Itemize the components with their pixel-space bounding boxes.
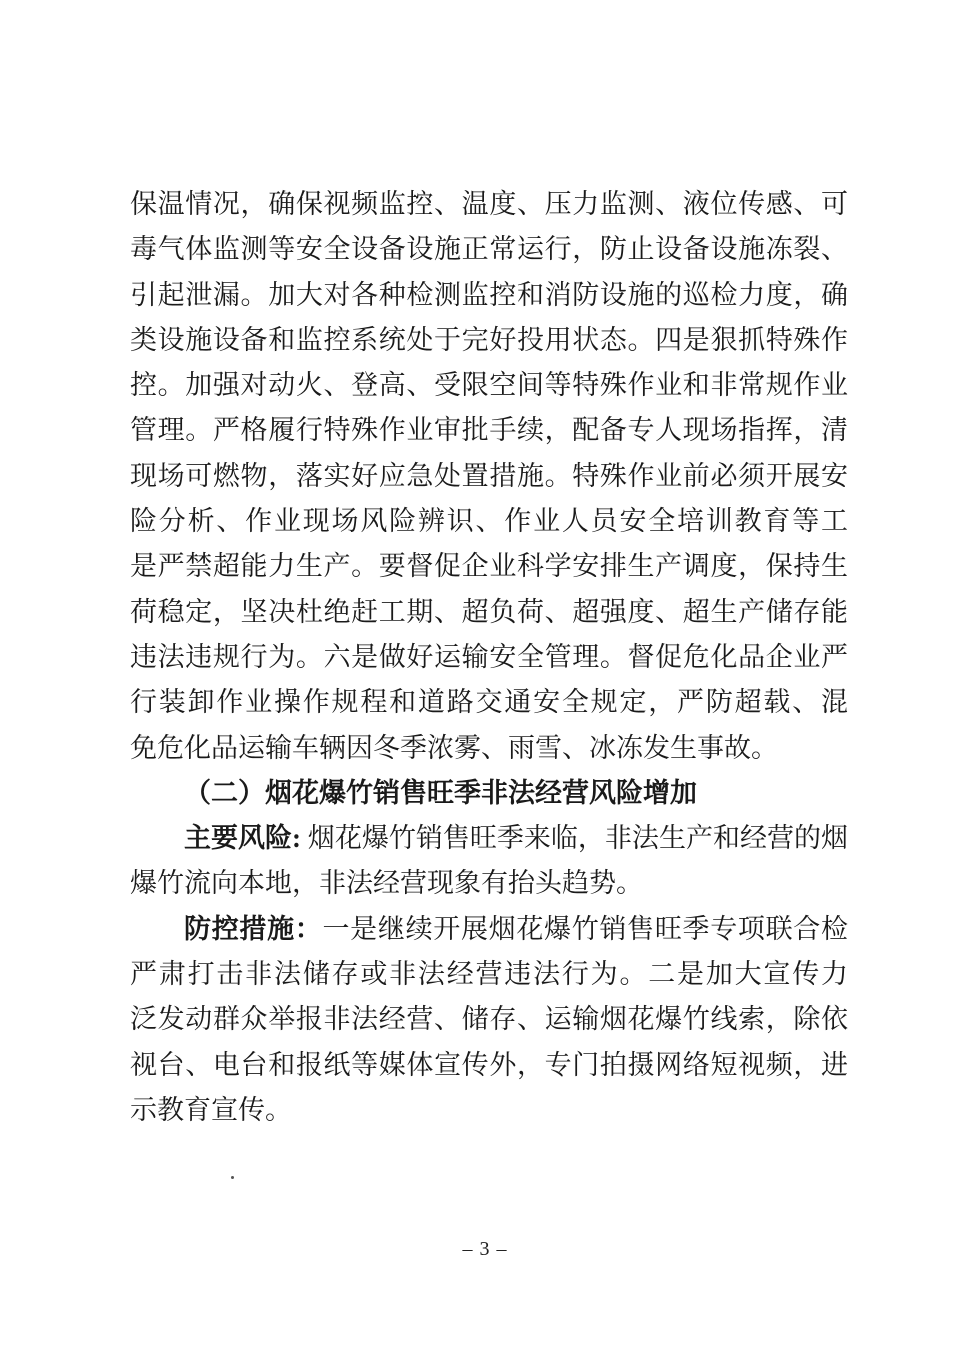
line-text: 保温情况，确保视频监控、温度、压力监测、液位传感、可燃有 [130,189,848,227]
text-line: （二）烟花爆竹销售旺季非法经营风险增加 [130,771,848,816]
line-text: 视台、电台和报纸等媒体宣传外，专门拍摄网络短视频，进行警 [130,1050,848,1088]
text-line: 类设施设备和监控系统处于完好投用状态。四是狠抓特殊作业管 [130,318,848,363]
paragraph-main-risk: 主要风险: 烟花爆竹销售旺季来临，非法生产和经营的烟花爆竹流向本地，非法经营现象… [130,816,848,907]
text-line: 险分析、作业现场风险辨识、作业人员安全培训教育等工作。五 [130,499,848,544]
line-bold-prefix: 防控措施： [184,914,322,944]
text-line: 是严禁超能力生产。要督促企业科学安排生产调度，保持生产负 [130,544,848,589]
line-text: 毒气体监测等安全设备设施正常运行，防止设备设施冻裂、堵塞 [130,234,848,272]
text-line: 控。加强对动火、登高、受限空间等特殊作业和非常规作业安全 [130,363,848,408]
text-line: 泛发动群众举报非法经营、储存、运输烟花爆竹线索，除依托电 [130,997,848,1042]
line-text: （二）烟花爆竹销售旺季非法经营风险增加 [184,778,697,808]
line-text: 险分析、作业现场风险辨识、作业人员安全培训教育等工作。五 [130,506,848,544]
page-number: – 3 – [463,1238,508,1260]
line-text: 引起泄漏。加大对各种检测监控和消防设施的巡检力度，确保各 [130,280,848,318]
text-line: 保温情况，确保视频监控、温度、压力监测、液位传感、可燃有 [130,182,848,227]
line-text: 管理。严格履行特殊作业审批手续，配备专人现场指挥，清理好 [130,415,848,453]
line-text: 类设施设备和监控系统处于完好投用状态。四是狠抓特殊作业管 [130,325,848,363]
line-text: 泛发动群众举报非法经营、储存、运输烟花爆竹线索，除依托电 [130,1004,848,1042]
line-text: 爆竹流向本地，非法经营现象有抬头趋势。 [130,868,643,898]
document-page: 保温情况，确保视频监控、温度、压力监测、液位传感、可燃有毒气体监测等安全设备设施… [0,0,970,1371]
line-text: 示教育宣传。 [130,1095,292,1125]
text-line: 毒气体监测等安全设备设施正常运行，防止设备设施冻裂、堵塞 [130,227,848,272]
line-text: 严肃打击非法储存或非法经营违法行为。二是加大宣传力度，广 [130,959,848,997]
text-line: 示教育宣传。 [130,1088,848,1133]
line-text: 荷稳定，坚决杜绝赶工期、超负荷、超强度、超生产储存能力等 [130,597,848,635]
line-text: 违法违规行为。六是做好运输安全管理。督促危化品企业严格执 [130,642,848,680]
text-line: 严肃打击非法储存或非法经营违法行为。二是加大宣传力度，广 [130,952,848,997]
text-line: 违法违规行为。六是做好运输安全管理。督促危化品企业严格执 [130,635,848,680]
text-line: 主要风险: 烟花爆竹销售旺季来临，非法生产和经营的烟花 [130,816,848,861]
line-text: 现场可燃物，落实好应急处置措施。特殊作业前必须开展安全风 [130,461,848,499]
text-line: 防控措施：一是继续开展烟花爆竹销售旺季专项联合检查， [130,907,848,952]
page-footer: – 3 – [0,1238,970,1261]
text-line: 行装卸作业操作规程和道路交通安全规定，严防超载、混载，避 [130,680,848,725]
paragraph-winter-safety-measures-continued: 保温情况，确保视频监控、温度、压力监测、液位传感、可燃有毒气体监测等安全设备设施… [130,182,848,771]
line-text: 是严禁超能力生产。要督促企业科学安排生产调度，保持生产负 [130,551,848,589]
text-line: 爆竹流向本地，非法经营现象有抬头趋势。 [130,861,848,906]
text-line: 视台、电台和报纸等媒体宣传外，专门拍摄网络短视频，进行警 [130,1043,848,1088]
line-text: 行装卸作业操作规程和道路交通安全规定，严防超载、混载，避 [130,687,848,725]
text-line: 引起泄漏。加大对各种检测监控和消防设施的巡检力度，确保各 [130,273,848,318]
line-bold-prefix: 主要风险: [184,823,301,853]
text-line: 免危化品运输车辆因冬季浓雾、雨雪、冰冻发生事故。 [130,726,848,771]
text-line: 荷稳定，坚决杜绝赶工期、超负荷、超强度、超生产储存能力等 [130,590,848,635]
heading-section-2: （二）烟花爆竹销售旺季非法经营风险增加 [130,771,848,816]
line-text: 控。加强对动火、登高、受限空间等特殊作业和非常规作业安全 [130,370,848,408]
line-text: 免危化品运输车辆因冬季浓雾、雨雪、冰冻发生事故。 [130,733,778,763]
document-body: 保温情况，确保视频监控、温度、压力监测、液位传感、可燃有毒气体监测等安全设备设施… [130,182,848,1133]
paragraph-control-measures: 防控措施：一是继续开展烟花爆竹销售旺季专项联合检查，严肃打击非法储存或非法经营违… [130,907,848,1133]
text-line: 管理。严格履行特殊作业审批手续，配备专人现场指挥，清理好 [130,408,848,453]
stray-mark [231,1176,234,1179]
text-line: 现场可燃物，落实好应急处置措施。特殊作业前必须开展安全风 [130,454,848,499]
